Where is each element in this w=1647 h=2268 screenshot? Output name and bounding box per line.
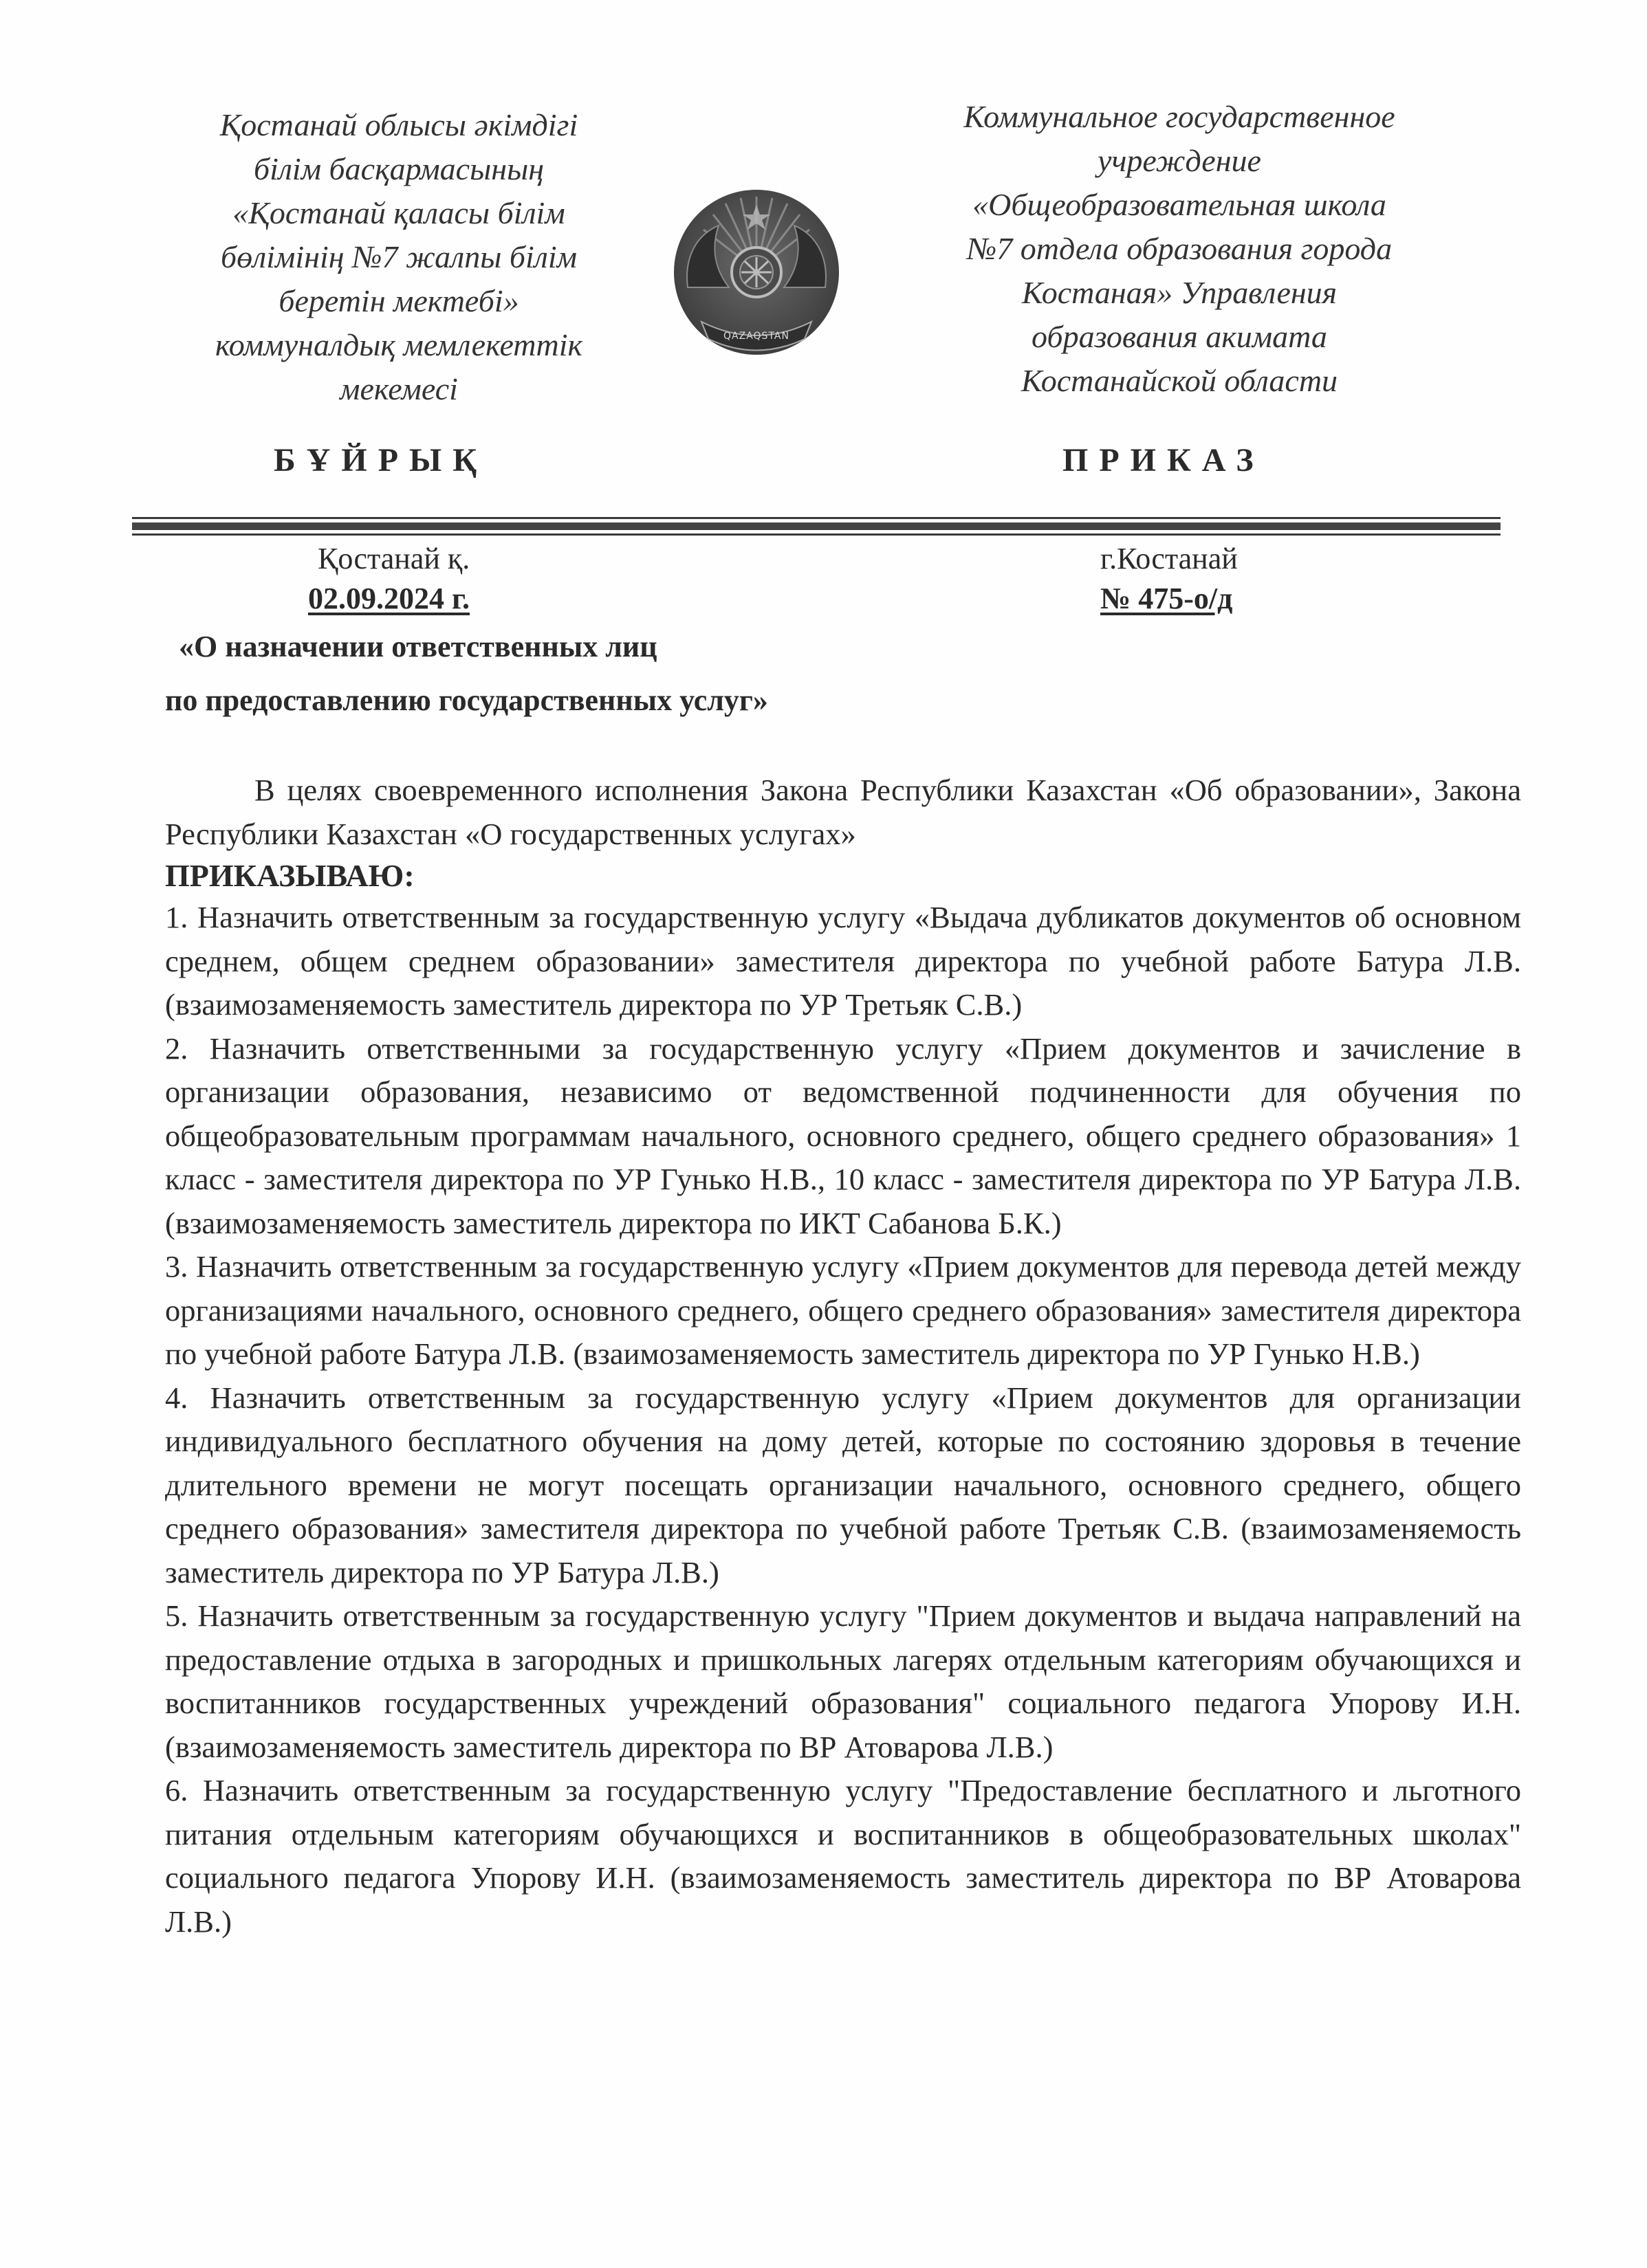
org-kz-line: Қостанай облысы әкімдігі [151,103,646,147]
order-item: 6. Назначить ответственным за государств… [165,1769,1521,1944]
order-item: 5. Назначить ответственным за государств… [165,1594,1521,1769]
doc-type-ru: ПРИКАЗ [1062,441,1265,479]
organization-name-kz: Қостанай облысы әкімдігі білім басқармас… [151,103,646,411]
header-divider [132,517,1501,538]
organization-name-ru: Коммунальное государственное учреждение … [894,95,1465,403]
document-date: 02.09.2024 г. [308,580,470,618]
document-subject: «О назначении ответственных лиц по предо… [165,620,768,727]
doc-type-kz: БҰЙРЫҚ [274,441,488,479]
org-kz-line: білім басқармасының [151,147,646,191]
document-body: В целях своевременного исполнения Закона… [165,769,1521,1944]
state-emblem-kazakhstan-icon: QAZAQSTAN [664,184,849,363]
document-number: № 475-о/д [1100,580,1232,618]
preamble-paragraph: В целях своевременного исполнения Закона… [165,769,1521,856]
org-kz-line: беретін мектебі» [151,279,646,323]
emblem-ribbon-text: QAZAQSTAN [723,331,789,342]
org-ru-line: Коммунальное государственное [894,95,1465,139]
org-ru-line: Костанайской области [894,359,1465,403]
city-kz: Қостанай қ. [318,540,470,578]
order-item: 2. Назначить ответственными за государст… [165,1027,1521,1246]
org-kz-line: мекемесі [151,367,646,411]
org-kz-line: «Қостанай қаласы білім [151,191,646,235]
document-page: Қостанай облысы әкімдігі білім басқармас… [0,0,1647,2268]
org-ru-line: образования акимата [894,315,1465,359]
order-item: 4. Назначить ответственным за государств… [165,1376,1521,1595]
subject-line: по предоставлению государственных услуг» [165,674,768,727]
org-kz-line: коммуналдық мемлекеттік [151,323,646,367]
org-ru-line: «Общеобразовательная школа [894,183,1465,227]
org-ru-line: №7 отдела образования города [894,227,1465,271]
subject-line: «О назначении ответственных лиц [165,620,768,674]
city-ru: г.Костанай [1100,540,1238,578]
order-directive: ПРИКАЗЫВАЮ: [165,856,1521,896]
org-kz-line: бөлімінің №7 жалпы білім [151,235,646,279]
order-item: 1. Назначить ответственным за государств… [165,896,1521,1027]
org-ru-line: Костаная» Управления [894,271,1465,315]
org-ru-line: учреждение [894,139,1465,183]
order-item: 3. Назначить ответственным за государств… [165,1245,1521,1376]
